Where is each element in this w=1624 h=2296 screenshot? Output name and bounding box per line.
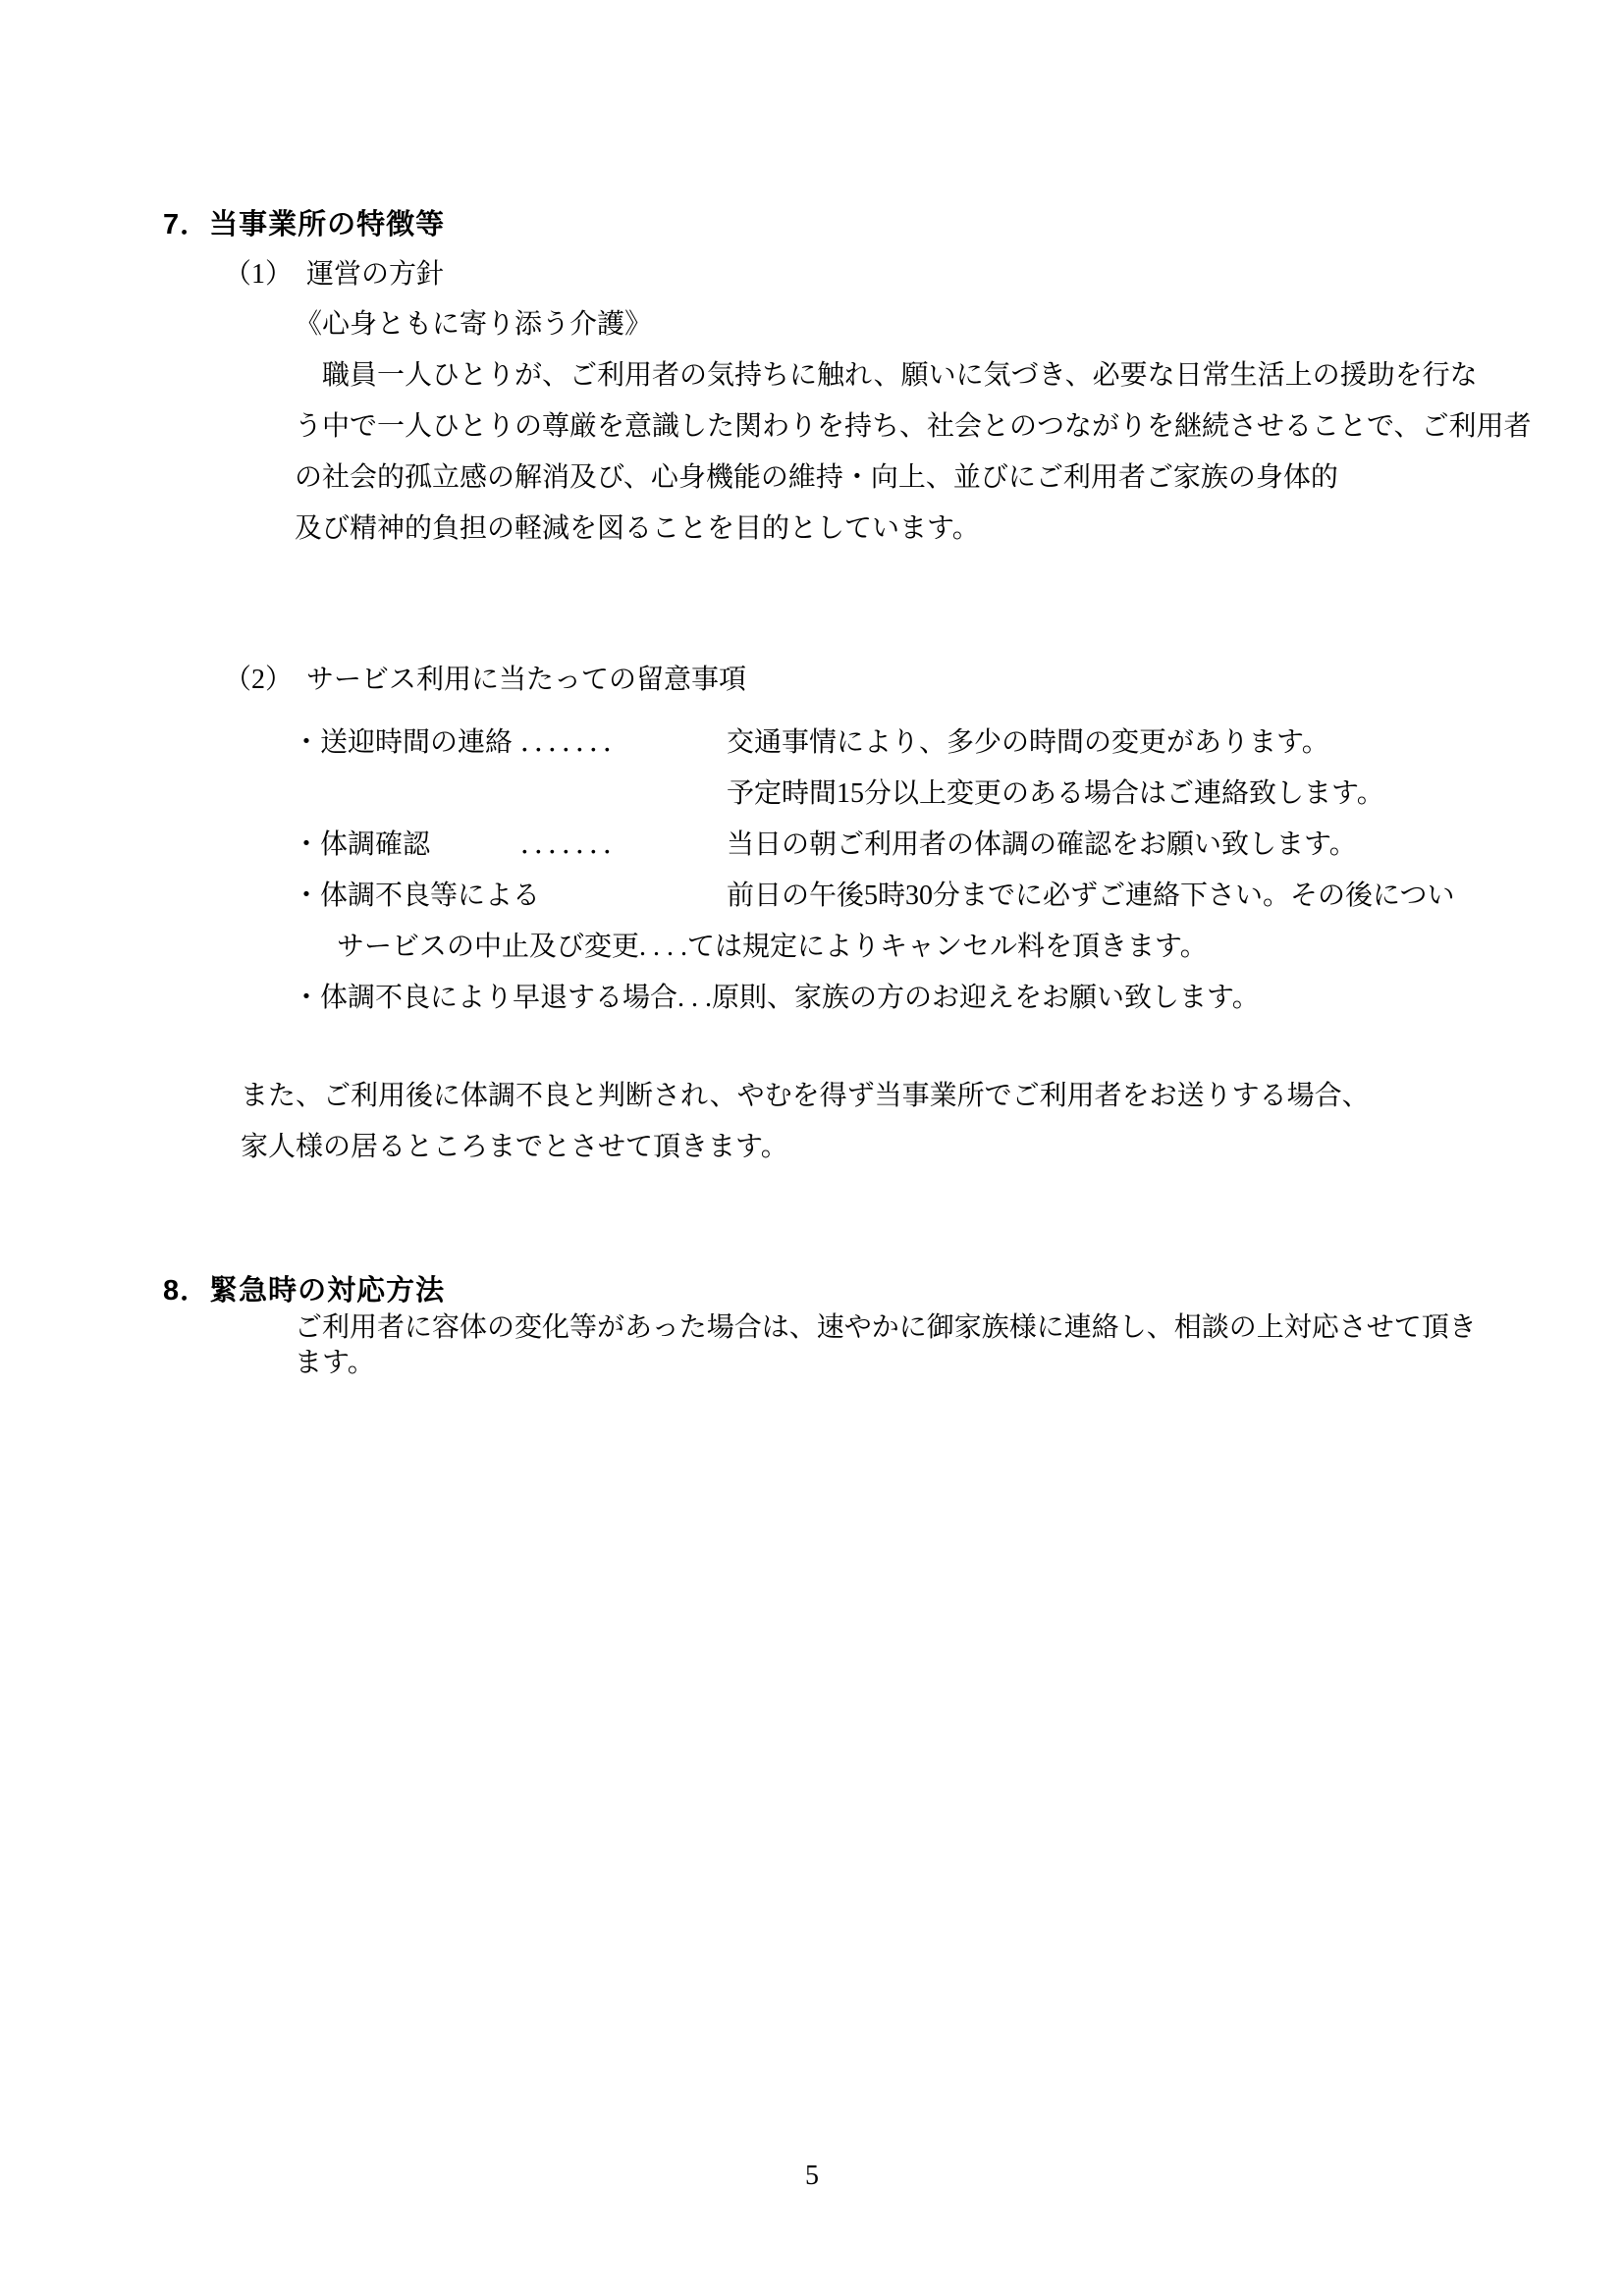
section7-closing-line: 家人様の居るところまでとさせて頂きます。: [241, 1131, 788, 1164]
section7-item1-motto: 《心身ともに寄り添う介護》: [295, 308, 652, 342]
section7-paragraph-line: 及び精神的負担の軽減を図ることを目的としています。: [295, 512, 980, 546]
section7-item2-label: （2） サービス利用に当たっての留意事項: [224, 664, 746, 697]
note-text: 予定時間15分以上変更のある場合はご連絡致します。: [727, 777, 1384, 811]
section8-body-line: ます。: [295, 1347, 375, 1380]
note-text: 交通事情により、多少の時間の変更があります。: [727, 726, 1329, 760]
section7-heading: 7．当事業所の特徴等: [163, 208, 445, 242]
note-label: サービスの中止及び変更. . . .: [337, 932, 687, 962]
note-label: ・体調確認: [293, 828, 430, 862]
note-text: 当日の朝ご利用者の体調の確認をお願い致します。: [727, 828, 1357, 862]
note-text: ては規定によりキャンセル料を頂きます。: [687, 932, 1208, 962]
section7-closing-line: また、ご利用後に体調不良と判断され、やむを得ず当事業所でご利用者をお送りする場合…: [241, 1080, 1370, 1113]
note-row: サービスの中止及び変更. . . .ては規定によりキャンセル料を頂きます。: [337, 931, 1208, 964]
section7-paragraph-line: 職員一人ひとりが、ご利用者の気持ちに触れ、願いに気づき、必要な日常生活上の援助を…: [295, 359, 1478, 393]
page-number: 5: [0, 2160, 1624, 2193]
section7-item1-label: （1） 運営の方針: [224, 258, 444, 292]
note-row: ・送迎時間の連絡 ．．．．．．． 交通事情により、多少の時間の変更があります。: [0, 726, 1624, 766]
section7-paragraph-line: の社会的孤立感の解消及び、心身機能の維持・向上、並びにご利用者ご家族の身体的: [295, 461, 1338, 495]
document-page: 7．当事業所の特徴等 （1） 運営の方針 《心身ともに寄り添う介護》 職員一人ひ…: [0, 0, 1624, 2296]
note-row: ・体調確認 ．．．．．．． 当日の朝ご利用者の体調の確認をお願い致します。: [0, 828, 1624, 868]
note-text: 原則、家族の方のお迎えをお願い致します。: [712, 983, 1260, 1013]
note-row: ・体調不良により早退する場合. . .原則、家族の方のお迎えをお願い致します。: [293, 982, 1260, 1015]
note-leader-dots: ．．．．．．．: [520, 828, 630, 862]
note-row: 予定時間15分以上変更のある場合はご連絡致します。: [0, 777, 1624, 817]
note-row: ・体調不良等による 前日の午後5時30分までに必ずご連絡下さい。その後につい: [0, 880, 1624, 919]
note-label: ・送迎時間の連絡: [293, 726, 513, 760]
section8-body-line: ご利用者に容体の変化等があった場合は、速やかに御家族様に連絡し、相談の上対応させ…: [295, 1311, 1477, 1345]
note-leader-dots: ．．．．．．．: [520, 726, 630, 760]
section8-heading: 8．緊急時の対応方法: [163, 1274, 445, 1308]
note-label: ・体調不良等による: [293, 880, 540, 913]
note-label: ・体調不良により早退する場合. . .: [293, 983, 712, 1013]
section7-paragraph-line: う中で一人ひとりの尊厳を意識した関わりを持ち、社会とのつながりを継続させることで…: [295, 410, 1531, 444]
note-text: 前日の午後5時30分までに必ずご連絡下さい。その後につい: [727, 880, 1454, 913]
